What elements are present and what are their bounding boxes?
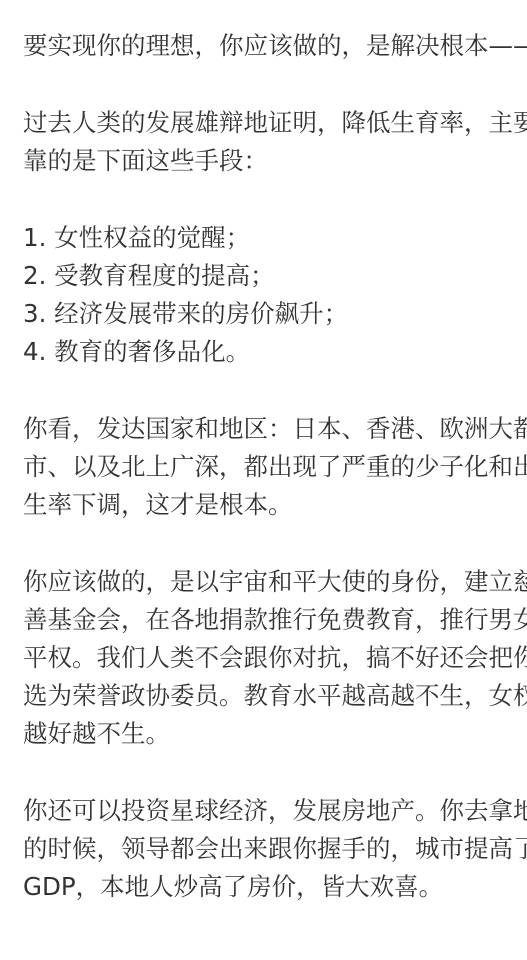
paragraph-advice-line-2: 善基金会，在各地捐款推行免费教育，推行男女 xyxy=(23,601,527,639)
paragraph-advice-line-4: 选为荣誉政协委员。教育水平越高越不生，女权 xyxy=(23,677,527,715)
paragraph-examples-line-2: 市、以及北上广深，都出现了严重的少子化和出 xyxy=(23,448,527,486)
paragraph-advice-line-5: 越好越不生。 xyxy=(23,715,170,753)
paragraph-advice-line-1: 你应该做的，是以宇宙和平大使的身份，建立慈 xyxy=(23,563,527,601)
list-item-1: 1. 女性权益的觉醒； xyxy=(23,219,250,257)
paragraph-history-line-2: 靠的是下面这些手段： xyxy=(23,142,268,180)
paragraph-examples-line-3: 生率下调，这才是根本。 xyxy=(23,486,293,524)
list-item-4: 4. 教育的奢侈品化。 xyxy=(23,333,250,371)
paragraph-economy-line-3: GDP，本地人炒高了房价，皆大欢喜。 xyxy=(23,868,443,906)
paragraph-economy-line-1: 你还可以投资星球经济，发展房地产。你去拿地 xyxy=(23,792,527,830)
list-item-3: 3. 经济发展带来的房价飙升； xyxy=(23,295,348,333)
list-item-2: 2. 受教育程度的提高； xyxy=(23,257,275,295)
paragraph-advice-line-3: 平权。我们人类不会跟你对抗，搞不好还会把你 xyxy=(23,639,527,677)
paragraph-economy-line-2: 的时候，领导都会出来跟你握手的，城市提高了 xyxy=(23,830,527,868)
paragraph-examples-line-1: 你看，发达国家和地区：日本、香港、欧洲大都 xyxy=(23,410,527,448)
paragraph-history-line-1: 过去人类的发展雄辩地证明，降低生育率，主要 xyxy=(23,104,527,142)
paragraph-intro-line-1: 要实现你的理想，你应该做的，是解决根本—— xyxy=(23,27,527,65)
